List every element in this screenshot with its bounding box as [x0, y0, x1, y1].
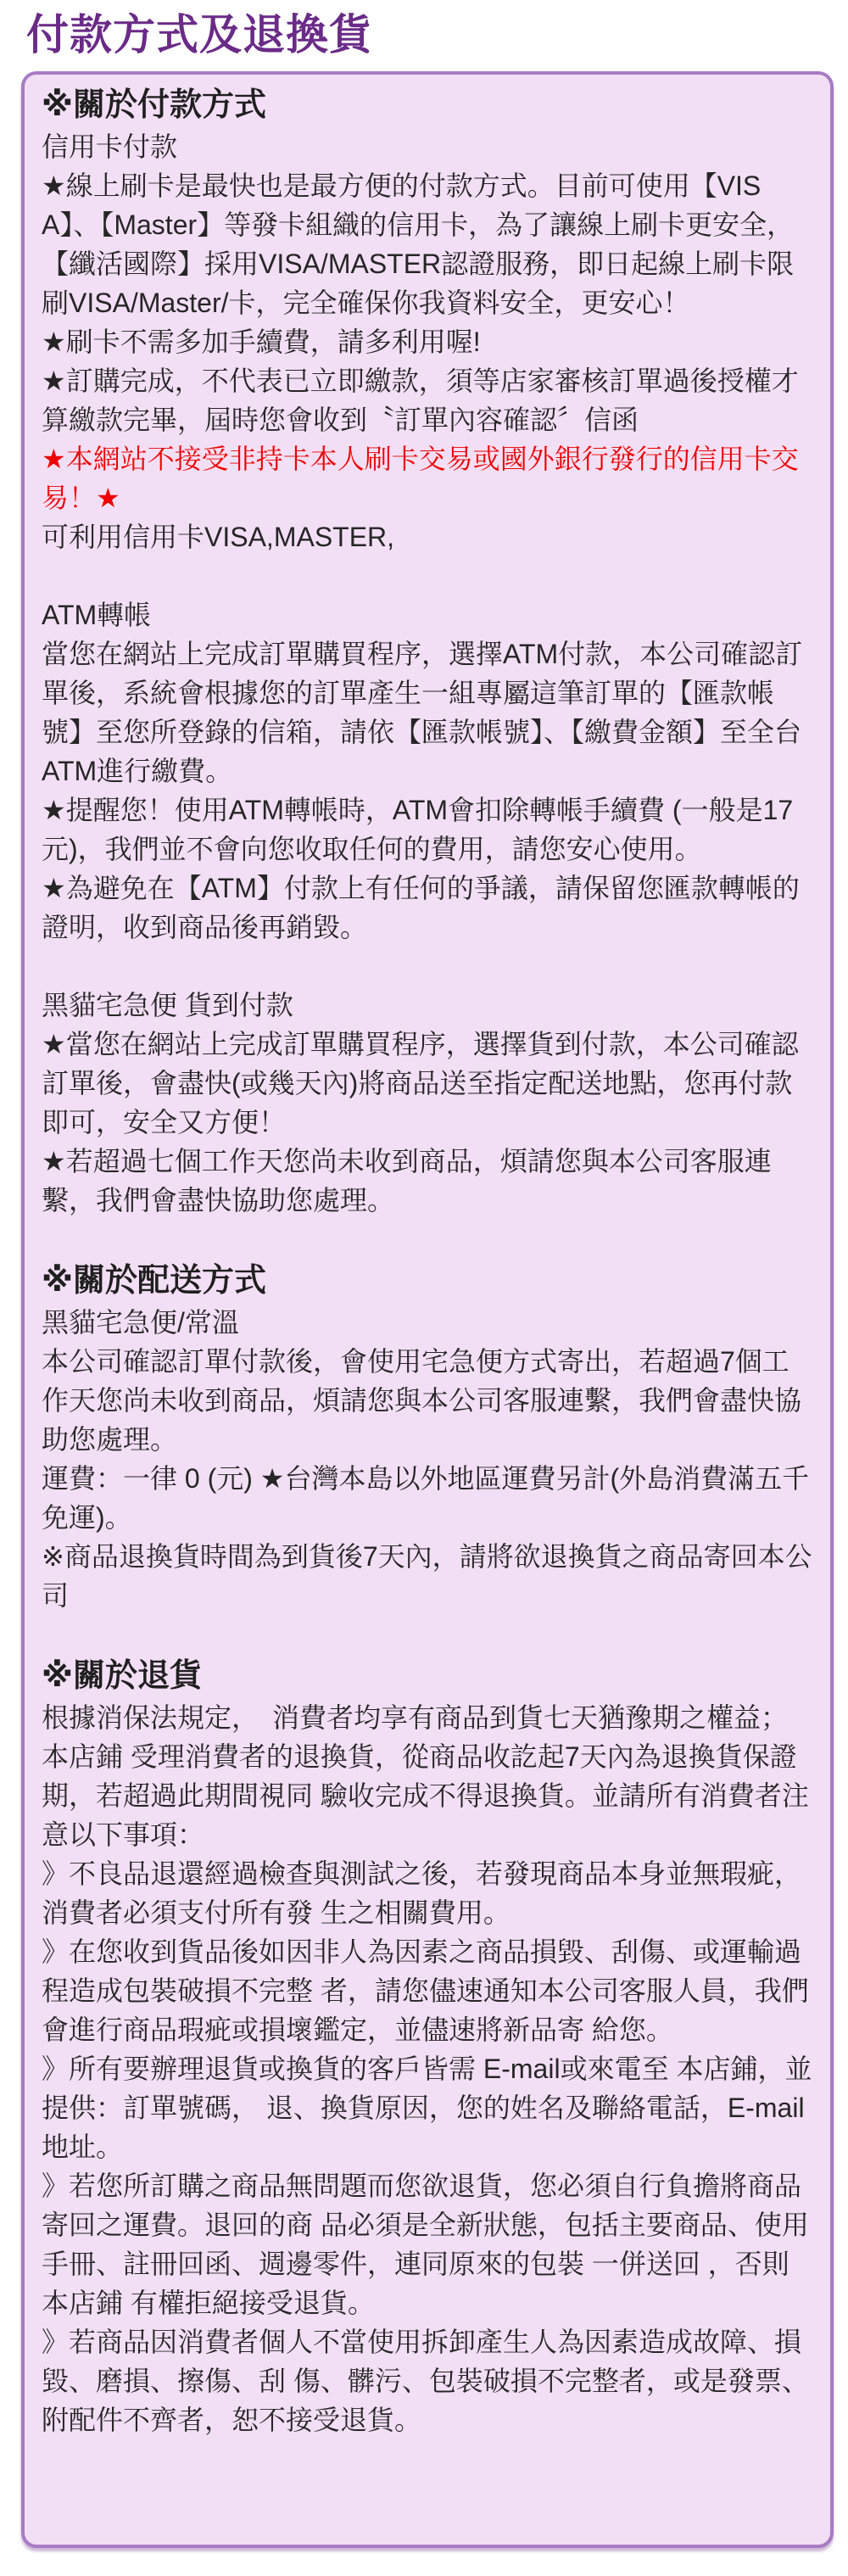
credit-card-no-fee-note: ★刷卡不需多加手續費，請多利用喔!	[42, 322, 813, 361]
cod-label: 黑貓宅急便 貨到付款	[42, 986, 813, 1025]
atm-fee-note: ★提醒您！使用ATM轉帳時，ATM會扣除轉帳手續費 (一般是17元)，我們並不會…	[42, 791, 813, 869]
returns-item: 》在您收到貨品後如因非人為因素之商品損毀、刮傷、或運輸過程造成包裝破損不完整 者…	[42, 1932, 813, 2049]
spacer	[42, 1615, 813, 1654]
atm-process-note: 當您在網站上完成訂單購買程序，選擇ATM付款，本公司確認訂單後，系統會根據您的訂…	[42, 634, 813, 791]
returns-law-note: 根據消保法規定， 消費者均享有商品到貨七天猶豫期之權益；	[42, 1698, 813, 1737]
returns-item: 》所有要辦理退貨或換貨的客戶皆需 E-mail或來電至 本店鋪，並提供：訂單號碼…	[42, 2049, 813, 2166]
shipping-process-note: 本公司確認訂單付款後，會使用宅急便方式寄出，若超過7個工作天您尚未收到商品，煩請…	[42, 1342, 813, 1459]
returns-item: 》若您所訂購之商品無問題而您欲退貨，您必須自行負擔將商品寄回之運費。退回的商 品…	[42, 2166, 813, 2322]
credit-card-label: 信用卡付款	[42, 127, 813, 166]
atm-label: ATM轉帳	[42, 595, 813, 634]
spacer	[42, 556, 813, 595]
spacer	[42, 947, 813, 986]
page: 付款方式及退換貨 ※關於付款方式 信用卡付款 ★線上刷卡是最快也是最方便的付款方…	[0, 0, 848, 2576]
shipping-method-label: 黑貓宅急便/常溫	[42, 1303, 813, 1342]
returns-policy-note: 本店鋪 受理消費者的退換貨，從商品收訖起7天內為退換貨保證期，若超過此期間視同 …	[42, 1737, 813, 1854]
atm-proof-note: ★為避免在【ATM】付款上有任何的爭議，請保留您匯款轉帳的證明，收到商品後再銷毀…	[42, 869, 813, 947]
returns-item: 》若商品因消費者個人不當使用拆卸產生人為因素造成故障、損毀、磨損、擦傷、刮 傷、…	[42, 2322, 813, 2439]
shipping-return-window-note: ※商品退換貨時間為到貨後7天內，請將欲退換貨之商品寄回本公司	[42, 1537, 813, 1615]
shipping-fee-note: 運費：一律 0 (元) ★台灣本島以外地區運費另計(外島消費滿五千免運)。	[42, 1459, 813, 1537]
accepted-cards-note: 可利用信用卡VISA,MASTER,	[42, 517, 813, 556]
payment-section-header: ※關於付款方式	[42, 83, 813, 127]
credit-card-online-note: ★線上刷卡是最快也是最方便的付款方式。目前可使用【VISA】、【Master】等…	[42, 166, 813, 322]
credit-card-alert-note: ★本網站不接受非持卡本人刷卡交易或國外銀行發行的信用卡交易！★	[42, 439, 813, 517]
info-panel: ※關於付款方式 信用卡付款 ★線上刷卡是最快也是最方便的付款方式。目前可使用【V…	[21, 71, 834, 2548]
cod-delay-note: ★若超過七個工作天您尚未收到商品，煩請您與本公司客服連繫，我們會盡快協助您處理。	[42, 1142, 813, 1220]
returns-section-header: ※關於退貨	[42, 1654, 813, 1698]
credit-card-order-note: ★訂購完成，不代表已立即繳款，須等店家審核訂單過後授權才算繳款完畢，屆時您會收到…	[42, 361, 813, 439]
spacer	[42, 1220, 813, 1259]
cod-process-note: ★當您在網站上完成訂單購買程序，選擇貨到付款，本公司確認訂單後，會盡快(或幾天內…	[42, 1025, 813, 1142]
shipping-section-header: ※關於配送方式	[42, 1259, 813, 1303]
returns-item: 》不良品退還經過檢查與測試之後，若發現商品本身並無瑕疵，消費者必須支付所有發 生…	[42, 1854, 813, 1932]
page-title: 付款方式及退換貨	[26, 8, 848, 61]
